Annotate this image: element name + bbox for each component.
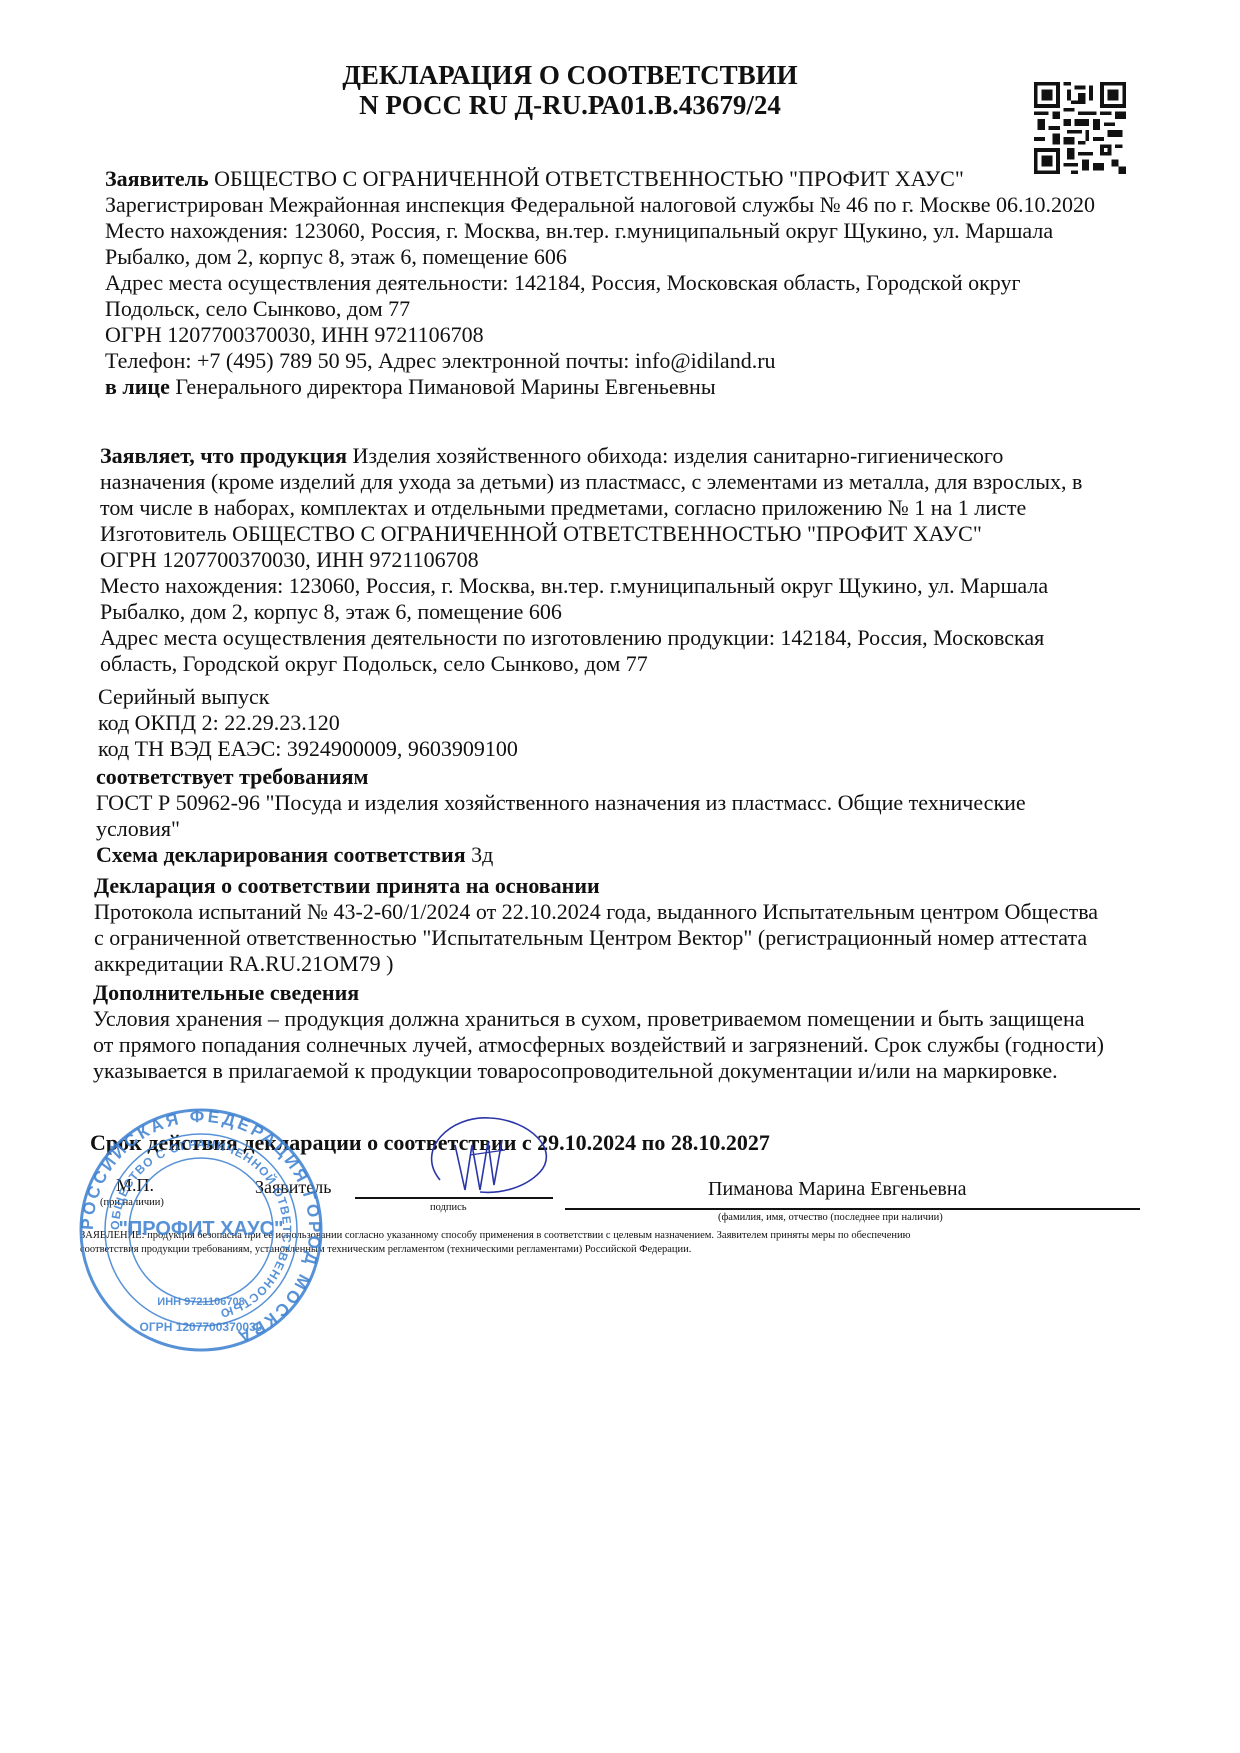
applicant-location-line-2: Рыбалко, дом 2, корпус 8, этаж 6, помеще…: [105, 244, 1095, 270]
represented-label: в лице: [105, 374, 170, 399]
serial-release: Серийный выпуск: [98, 684, 518, 710]
applicant-activity-line-1: Адрес места осуществления деятельности: …: [105, 270, 1095, 296]
svg-text:"ПРОФИТ ХАУС": "ПРОФИТ ХАУС": [118, 1218, 283, 1240]
scheme-value: 3д: [471, 842, 493, 867]
basis-section: Декларация о соответствии принята на осн…: [94, 873, 1098, 977]
scheme-label: Схема декларирования соответствия: [96, 842, 466, 867]
gost-line-1: ГОСТ Р 50962-96 "Посуда и изделия хозяйс…: [96, 790, 1026, 816]
applicant-ogrn-inn: ОГРН 1207700370030, ИНН 9721106708: [105, 322, 1095, 348]
additional-label: Дополнительные сведения: [93, 980, 1104, 1006]
applicant-contacts: Телефон: +7 (495) 789 50 95, Адрес элект…: [105, 348, 1095, 374]
handwritten-signature-icon: [410, 1110, 560, 1200]
company-stamp-icon: РОССИЙСКАЯ ФЕДЕРАЦИЯ ГОРОД МОСКВА ОБЩЕСТ…: [76, 1105, 326, 1355]
basis-line-3: аккредитации RA.RU.21OM79 ): [94, 951, 1098, 977]
name-line: [565, 1208, 1140, 1210]
name-caption: (фамилия, имя, отчество (последнее при н…: [718, 1211, 943, 1225]
applicant-name: ОБЩЕСТВО С ОГРАНИЧЕННОЙ ОТВЕТСТВЕННОСТЬЮ…: [214, 166, 964, 191]
product-desc-line-3: том числе в наборах, комплектах и отдель…: [100, 495, 1082, 521]
additional-line-2: от прямого попадания солнечных лучей, ат…: [93, 1032, 1104, 1058]
svg-text:ИНН 9721106708: ИНН 9721106708: [157, 1296, 244, 1308]
tnved-code: код ТН ВЭД ЕАЭС: 3924900009, 9603909100: [98, 736, 518, 762]
qr-code-icon: [1034, 82, 1126, 174]
additional-line-3: указывается в прилагаемой к продукции то…: [93, 1058, 1104, 1084]
production-address-line-1: Адрес места осуществления деятельности п…: [100, 625, 1082, 651]
basis-line-2: с ограниченной ответственностью "Испытат…: [94, 925, 1098, 951]
product-desc-line-2: назначения (кроме изделий для ухода за д…: [100, 469, 1082, 495]
okpd-code: код ОКПД 2: 22.29.23.120: [98, 710, 518, 736]
signature-caption: подпись: [430, 1201, 467, 1215]
applicant-activity-line-2: Подольск, село Сынково, дом 77: [105, 296, 1095, 322]
applicant-registration: Зарегистрирован Межрайонная инспекция Фе…: [105, 192, 1095, 218]
manufacturer-location-line-2: Рыбалко, дом 2, корпус 8, этаж 6, помеще…: [100, 599, 1082, 625]
applicant-section: Заявитель ОБЩЕСТВО С ОГРАНИЧЕННОЙ ОТВЕТС…: [105, 166, 1095, 400]
svg-text:ОГРН 1207700370030: ОГРН 1207700370030: [140, 1320, 263, 1334]
manufacturer-location-line-1: Место нахождения: 123060, Россия, г. Мос…: [100, 573, 1082, 599]
basis-line-1: Протокола испытаний № 43-2-60/1/2024 от …: [94, 899, 1098, 925]
requirements-label: соответствует требованиям: [96, 764, 1026, 790]
product-codes: Серийный выпуск код ОКПД 2: 22.29.23.120…: [98, 684, 518, 762]
signer-name: Пиманова Марина Евгеньевна: [708, 1176, 966, 1202]
manufacturer-ogrn-inn: ОГРН 1207700370030, ИНН 9721106708: [100, 547, 1082, 573]
product-section: Заявляет, что продукция Изделия хозяйств…: [100, 443, 1082, 677]
additional-section: Дополнительные сведения Условия хранения…: [93, 980, 1104, 1084]
product-desc-line-1: Изделия хозяйственного обихода: изделия …: [353, 443, 1004, 468]
applicant-label: Заявитель: [105, 166, 209, 191]
additional-line-1: Условия хранения – продукция должна хран…: [93, 1006, 1104, 1032]
requirements-section: соответствует требованиям ГОСТ Р 50962-9…: [96, 764, 1026, 868]
basis-label: Декларация о соответствии принята на осн…: [94, 873, 1098, 899]
represented-person: Генерального директора Пимановой Марины …: [175, 374, 715, 399]
manufacturer: Изготовитель ОБЩЕСТВО С ОГРАНИЧЕННОЙ ОТВ…: [100, 521, 1082, 547]
document-number: N РОСС RU Д-RU.РА01.В.43679/24: [0, 90, 1140, 120]
declaration-page: ДЕКЛАРАЦИЯ О СООТВЕТСТВИИ N РОСС RU Д-RU…: [0, 0, 1240, 1753]
production-address-line-2: область, Городской округ Подольск, село …: [100, 651, 1082, 677]
product-label: Заявляет, что продукция: [100, 443, 347, 468]
applicant-location-line-1: Место нахождения: 123060, Россия, г. Мос…: [105, 218, 1095, 244]
gost-line-2: условия": [96, 816, 1026, 842]
document-title: ДЕКЛАРАЦИЯ О СООТВЕТСТВИИ: [0, 60, 1140, 90]
